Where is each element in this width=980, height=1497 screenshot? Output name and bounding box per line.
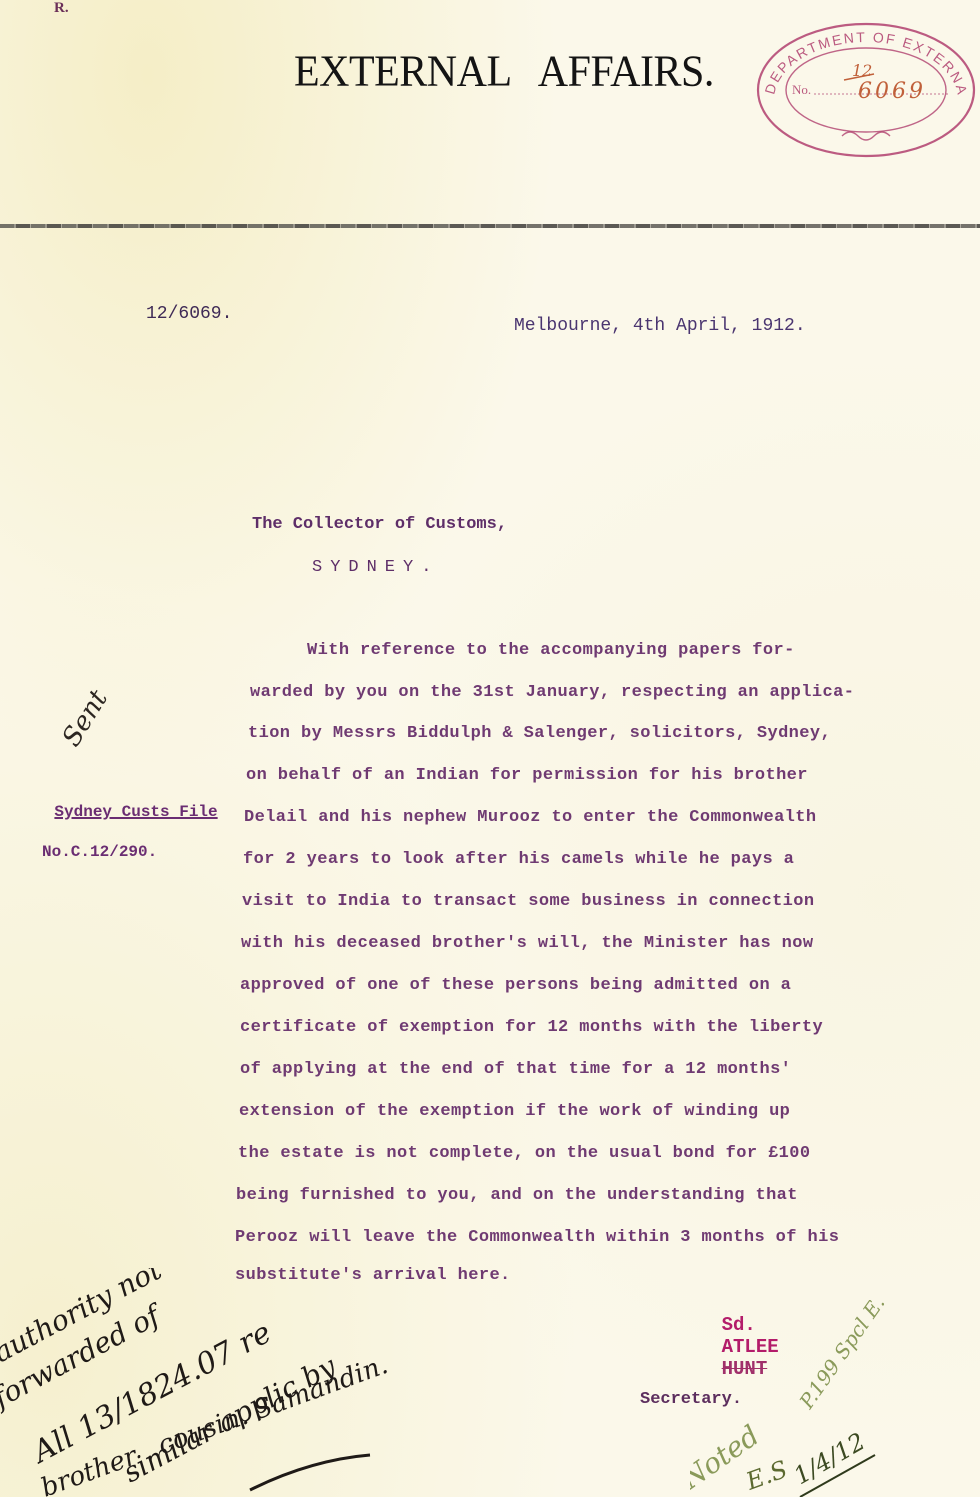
header-divider xyxy=(0,224,980,228)
svg-text:6069: 6069 xyxy=(858,79,926,104)
body-line: approved of one of these persons being a… xyxy=(240,976,791,995)
handwritten-sent-note: Sent xyxy=(57,685,114,752)
body-line: tion by Messrs Biddulph & Salenger, soli… xyxy=(248,724,831,743)
body-line: visit to India to transact some business… xyxy=(242,892,815,911)
addressee-line-1: The Collector of Customs, xyxy=(252,515,507,534)
body-line: extension of the exemption if the work o… xyxy=(239,1102,790,1121)
body-line: Perooz will leave the Commonwealth withi… xyxy=(235,1228,839,1247)
body-line: warded by you on the 31st January, respe… xyxy=(250,683,854,702)
body-line: on behalf of an Indian for permission fo… xyxy=(246,766,808,785)
svg-text:E.S: E.S xyxy=(742,1455,792,1496)
reference-number: 12/6069. xyxy=(146,304,232,324)
body-line: for 2 years to look after his camels whi… xyxy=(243,850,794,869)
letterhead-title: EXTERNAL AFFAIRS. xyxy=(294,47,714,97)
body-line: the estate is not complete, on the usual… xyxy=(238,1144,811,1163)
handwritten-annotation-left: authority not forwarded of All 13/1824.0… xyxy=(0,1268,520,1497)
body-line: of applying at the end of that time for … xyxy=(240,1060,791,1079)
corner-mark: R. xyxy=(54,0,69,17)
body-line: certificate of exemption for 12 months w… xyxy=(240,1018,823,1037)
handwriting-left-icon: authority not forwarded of All 13/1824.0… xyxy=(0,1268,520,1497)
body-line: With reference to the accompanying paper… xyxy=(254,641,795,660)
department-stamp: DEPARTMENT OF EXTERNAL AFFAIRS No. 12 60… xyxy=(752,18,976,158)
margin-file-reference: Sydney Custs File No.C.12/290. xyxy=(16,782,218,902)
addressee-line-2: SYDNEY. xyxy=(312,558,439,577)
margin-file-line-1: Sydney Custs File xyxy=(54,803,217,821)
handwriting-right-icon: P.199 Spcl E. Reg Noted E.S 1/4/12 xyxy=(690,1300,980,1497)
body-line: Delail and his nephew Murooz to enter th… xyxy=(244,808,817,827)
svg-text:P.199 Spcl E. Reg: P.199 Spcl E. Reg xyxy=(794,1300,916,1414)
stamp-no-label: No. xyxy=(792,82,811,97)
handwritten-annotation-right: P.199 Spcl E. Reg Noted E.S 1/4/12 xyxy=(690,1300,980,1497)
margin-file-line-2: No.C.12/290. xyxy=(16,842,218,862)
body-line: with his deceased brother's will, the Mi… xyxy=(241,934,814,953)
body-line: being furnished to you, and on the under… xyxy=(236,1186,798,1205)
stamp-oval-icon: DEPARTMENT OF EXTERNAL AFFAIRS No. 12 60… xyxy=(752,18,976,158)
dateline: Melbourne, 4th April, 1912. xyxy=(514,316,806,336)
